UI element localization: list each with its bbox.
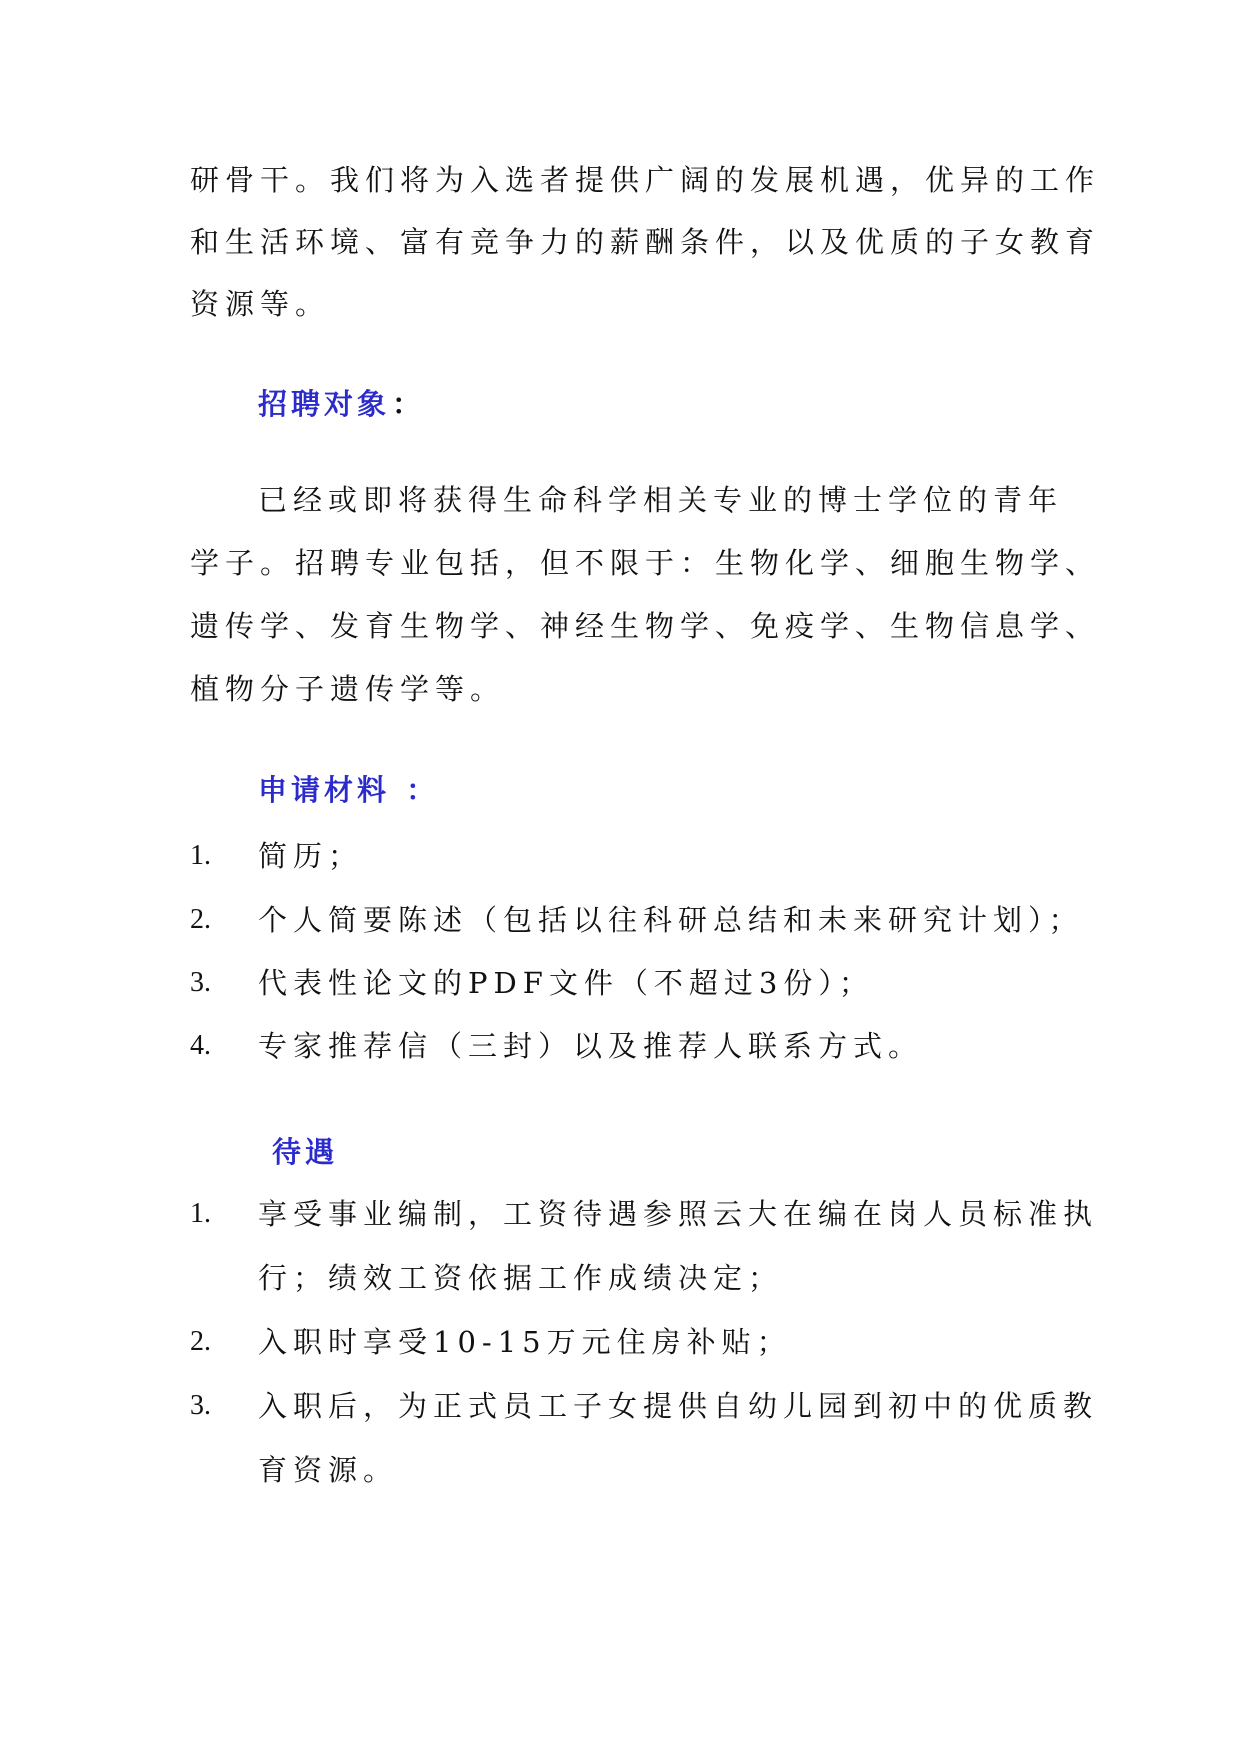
section-heading-materials: 申请材料 ： [258,770,1128,810]
list-number: 2. [190,1322,211,1362]
recruit-line-3: 遗传学、发育生物学、神经生物学、免疫学、生物信息学、 [190,606,1060,646]
list-number: 3. [190,1386,211,1426]
list-text-line-1: 入职后，为正式员工子女提供自幼儿园到初中的优质教 [258,1386,1098,1426]
list-text: 代表性论文的PDF文件（不超过3份）； [258,963,874,1003]
list-text: 简历； [258,836,363,876]
section-heading-benefits: 待遇 [272,1132,1142,1172]
recruit-line-1: 已经或即将获得生命科学相关专业的博士学位的青年 [258,480,1128,520]
list-text-line-1: 享受事业编制，工资待遇参照云大在编在岗人员标准执 [258,1194,1098,1234]
heading-text: 申请材料 [258,773,390,807]
heading-colon: ： [392,387,425,421]
heading-text: 待遇 [272,1135,338,1169]
recruit-line-2: 学子。招聘专业包括，但不限于：生物化学、细胞生物学、 [190,543,1060,583]
list-number: 3. [190,963,211,1003]
list-text: 个人简要陈述（包括以往科研总结和未来研究计划）； [258,900,1084,940]
intro-line-1: 研骨干。我们将为入选者提供广阔的发展机遇，优异的工作 [190,160,1060,200]
list-text: 专家推荐信（三封）以及推荐人联系方式。 [258,1026,923,1066]
list-number: 1. [190,1194,211,1234]
list-text-line-1: 入职时享受10-15万元住房补贴； [258,1322,792,1362]
intro-line-3: 资源等。 [190,284,1060,324]
list-text-line-2: 育资源。 [258,1450,398,1490]
recruit-line-4: 植物分子遗传学等。 [190,669,1060,709]
heading-text: 招聘对象 [258,387,390,421]
list-number: 1. [190,836,211,876]
section-heading-recruit-target: 招聘对象： [258,384,1128,424]
list-number: 2. [190,900,211,940]
list-number: 4. [190,1026,211,1066]
list-text-line-2: 行；绩效工资依据工作成绩决定； [258,1258,783,1298]
heading-colon: ： [392,773,439,807]
document-page: 研骨干。我们将为入选者提供广阔的发展机遇，优异的工作 和生活环境、富有竞争力的薪… [0,0,1241,1754]
intro-line-2: 和生活环境、富有竞争力的薪酬条件，以及优质的子女教育 [190,222,1060,262]
